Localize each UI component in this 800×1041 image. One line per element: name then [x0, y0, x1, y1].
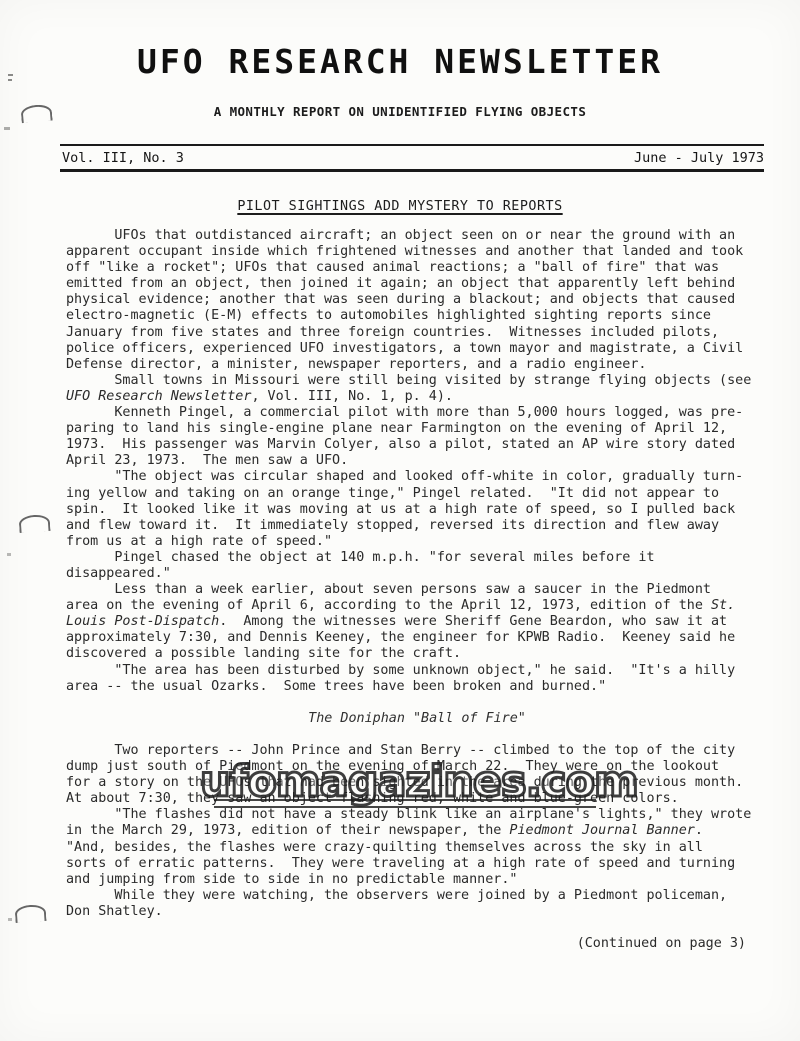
article-line: paring to land his single-engine plane n…	[66, 421, 768, 437]
volume-number: Vol. III, No. 3	[62, 150, 184, 166]
article-line: While they were watching, the observers …	[66, 888, 768, 904]
article-line: January from five states and three forei…	[66, 325, 768, 341]
article-line: Don Shatley.	[66, 904, 768, 920]
article-line: "The object was circular shaped and look…	[66, 469, 768, 485]
header-rule-top	[60, 144, 764, 146]
article-line: Defense director, a minister, newspaper …	[66, 357, 768, 373]
article-line: spin. It looked like it was moving at us…	[66, 502, 768, 518]
scan-speck	[4, 127, 10, 130]
article-line: physical evidence; another that was seen…	[66, 292, 768, 308]
article-line: and jumping from side to side in no pred…	[66, 872, 768, 888]
article-line: discovered a possible landing site for t…	[66, 646, 768, 662]
article-heading: PILOT SIGHTINGS ADD MYSTERY TO REPORTS	[0, 199, 800, 214]
article-line: approximately 7:30, and Dennis Keeney, t…	[66, 630, 768, 646]
article-line: UFO Research Newsletter, Vol. III, No. 1…	[66, 389, 768, 405]
newsletter-title: UFO RESEARCH NEWSLETTER	[0, 42, 800, 81]
scan-artifact-arc	[18, 514, 50, 533]
article-line: off "like a rocket"; UFOs that caused an…	[66, 260, 768, 276]
article-line: area on the evening of April 6, accordin…	[66, 598, 768, 614]
article-line: emitted from an object, then joined it a…	[66, 276, 768, 292]
article-line: "And, besides, the flashes were crazy-qu…	[66, 840, 768, 856]
blank-line	[66, 727, 768, 743]
article-line: 1973. His passenger was Marvin Colyer, a…	[66, 437, 768, 453]
scan-speck	[7, 553, 11, 556]
article-line: and flew toward it. It immediately stopp…	[66, 518, 768, 534]
subsection-heading: The Doniphan "Ball of Fire"	[66, 711, 768, 727]
scan-speck	[8, 918, 12, 921]
blank-line	[66, 920, 768, 936]
article-line: April 23, 1973. The men saw a UFO.	[66, 453, 768, 469]
article-line: Louis Post-Dispatch. Among the witnesses…	[66, 614, 768, 630]
article-line: Small towns in Missouri were still being…	[66, 373, 768, 389]
watermark-underline	[214, 799, 596, 808]
article-line: from us at a high rate of speed."	[66, 534, 768, 550]
article-line: sorts of erratic patterns. They were tra…	[66, 856, 768, 872]
scan-artifact-arc	[14, 904, 46, 923]
article-line: apparent occupant inside which frightene…	[66, 244, 768, 260]
article-line: Pingel chased the object at 140 m.p.h. "…	[66, 550, 768, 566]
article-line: in the March 29, 1973, edition of their …	[66, 823, 768, 839]
article-line: ing yellow and taking on an orange tinge…	[66, 486, 768, 502]
article-line: UFOs that outdistanced aircraft; an obje…	[66, 228, 768, 244]
volume-row: Vol. III, No. 3 June - July 1973	[62, 150, 764, 166]
newsletter-page: UFO RESEARCH NEWSLETTER A MONTHLY REPORT…	[0, 0, 800, 1041]
article-body: UFOs that outdistanced aircraft; an obje…	[66, 228, 768, 952]
article-line: Less than a week earlier, about seven pe…	[66, 582, 768, 598]
article-line: Kenneth Pingel, a commercial pilot with …	[66, 405, 768, 421]
newsletter-subtitle: A MONTHLY REPORT ON UNIDENTIFIED FLYING …	[0, 104, 800, 119]
continued-note: (Continued on page 3)	[66, 936, 768, 952]
issue-date: June - July 1973	[634, 150, 764, 166]
article-line: electro-magnetic (E-M) effects to automo…	[66, 308, 768, 324]
header-rule-bottom	[60, 169, 764, 172]
blank-line	[66, 695, 768, 711]
article-line: disappeared."	[66, 566, 768, 582]
article-line: police officers, experienced UFO investi…	[66, 341, 768, 357]
article-line: area -- the usual Ozarks. Some trees hav…	[66, 679, 768, 695]
article-line: "The flashes did not have a steady blink…	[66, 807, 768, 823]
article-line: "The area has been disturbed by some unk…	[66, 663, 768, 679]
